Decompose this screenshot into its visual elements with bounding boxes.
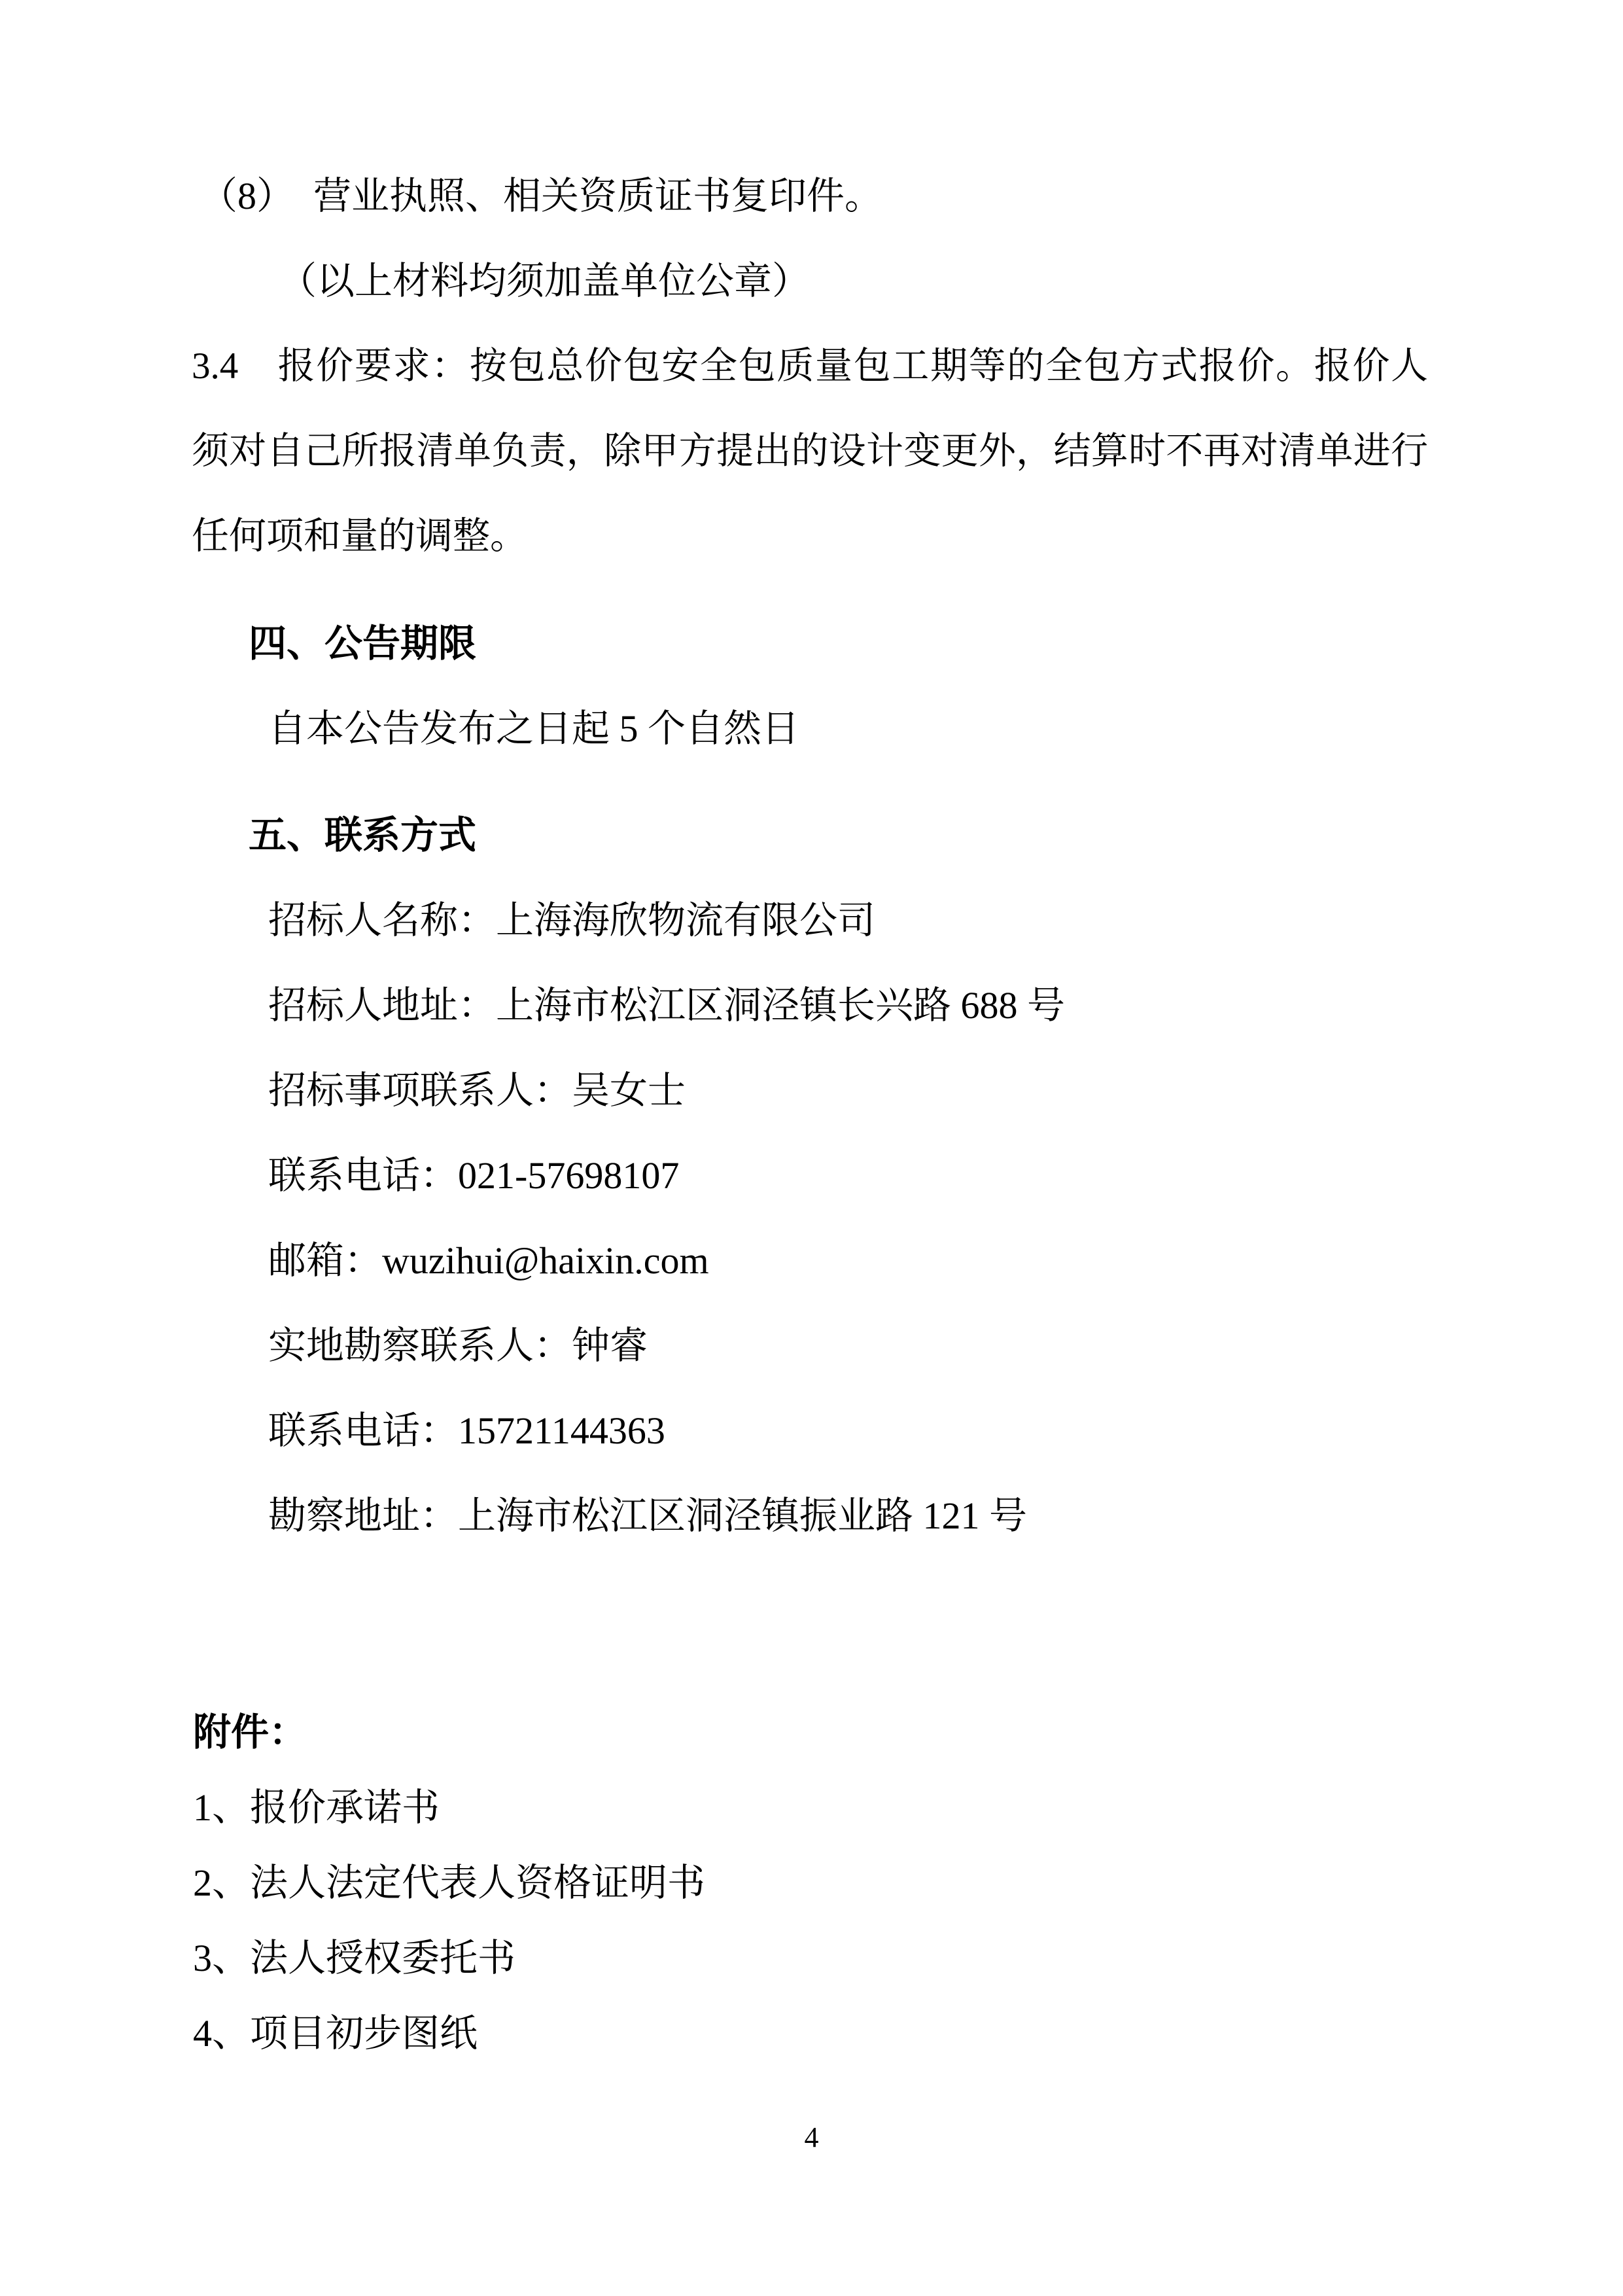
- contact-bidder-name: 招标人名称：上海海欣物流有限公司: [192, 878, 1428, 963]
- contact-bidder-address: 招标人地址：上海市松江区洞泾镇长兴路 688 号: [192, 963, 1428, 1048]
- section-4-body: 自本公告发布之日起 5 个自然日: [192, 686, 1428, 771]
- clause-3-4-line-1: 3.4 报价要求：按包总价包安全包质量包工期等的全包方式报价。报价人: [192, 324, 1428, 409]
- attachment-item-3: 3、法人授权委托书: [192, 1920, 1428, 1996]
- attachment-item-4: 4、项目初步图纸: [192, 1996, 1428, 2071]
- attachment-item-1: 1、报价承诺书: [192, 1770, 1428, 1845]
- contact-survey-address: 勘察地址：上海市松江区洞泾镇振业路 121 号: [192, 1474, 1428, 1559]
- contact-survey-person: 实地勘察联系人：钟睿: [192, 1303, 1428, 1388]
- document-page: （8） 营业执照、相关资质证书复印件。 （以上材料均须加盖单位公章） 3.4 报…: [0, 0, 1623, 2296]
- clause-3-4-line-2: 须对自己所报清单负责，除甲方提出的设计变更外，结算时不再对清单进行: [192, 409, 1428, 494]
- clause-3-4-line-3: 任何项和量的调整。: [192, 494, 1428, 579]
- numbered-item-8: （8） 营业执照、相关资质证书复印件。: [192, 154, 1428, 239]
- contact-email: 邮箱：wuzihui@haixin.com: [192, 1218, 1428, 1303]
- seal-requirement-note: （以上材料均须加盖单位公章）: [192, 239, 1428, 324]
- page-number: 4: [0, 2118, 1623, 2157]
- page-content: （8） 营业执照、相关资质证书复印件。 （以上材料均须加盖单位公章） 3.4 报…: [192, 154, 1428, 2071]
- section-5-heading: 五、联系方式: [192, 793, 1428, 878]
- attachment-item-2: 2、法人法定代表人资格证明书: [192, 1845, 1428, 1920]
- section-4-heading: 四、公告期限: [192, 601, 1428, 686]
- contact-tender-person: 招标事项联系人：吴女士: [192, 1048, 1428, 1133]
- attachments-heading: 附件：: [192, 1695, 1428, 1770]
- contact-phone-1: 联系电话：021-57698107: [192, 1133, 1428, 1218]
- contact-phone-2: 联系电话：15721144363: [192, 1388, 1428, 1474]
